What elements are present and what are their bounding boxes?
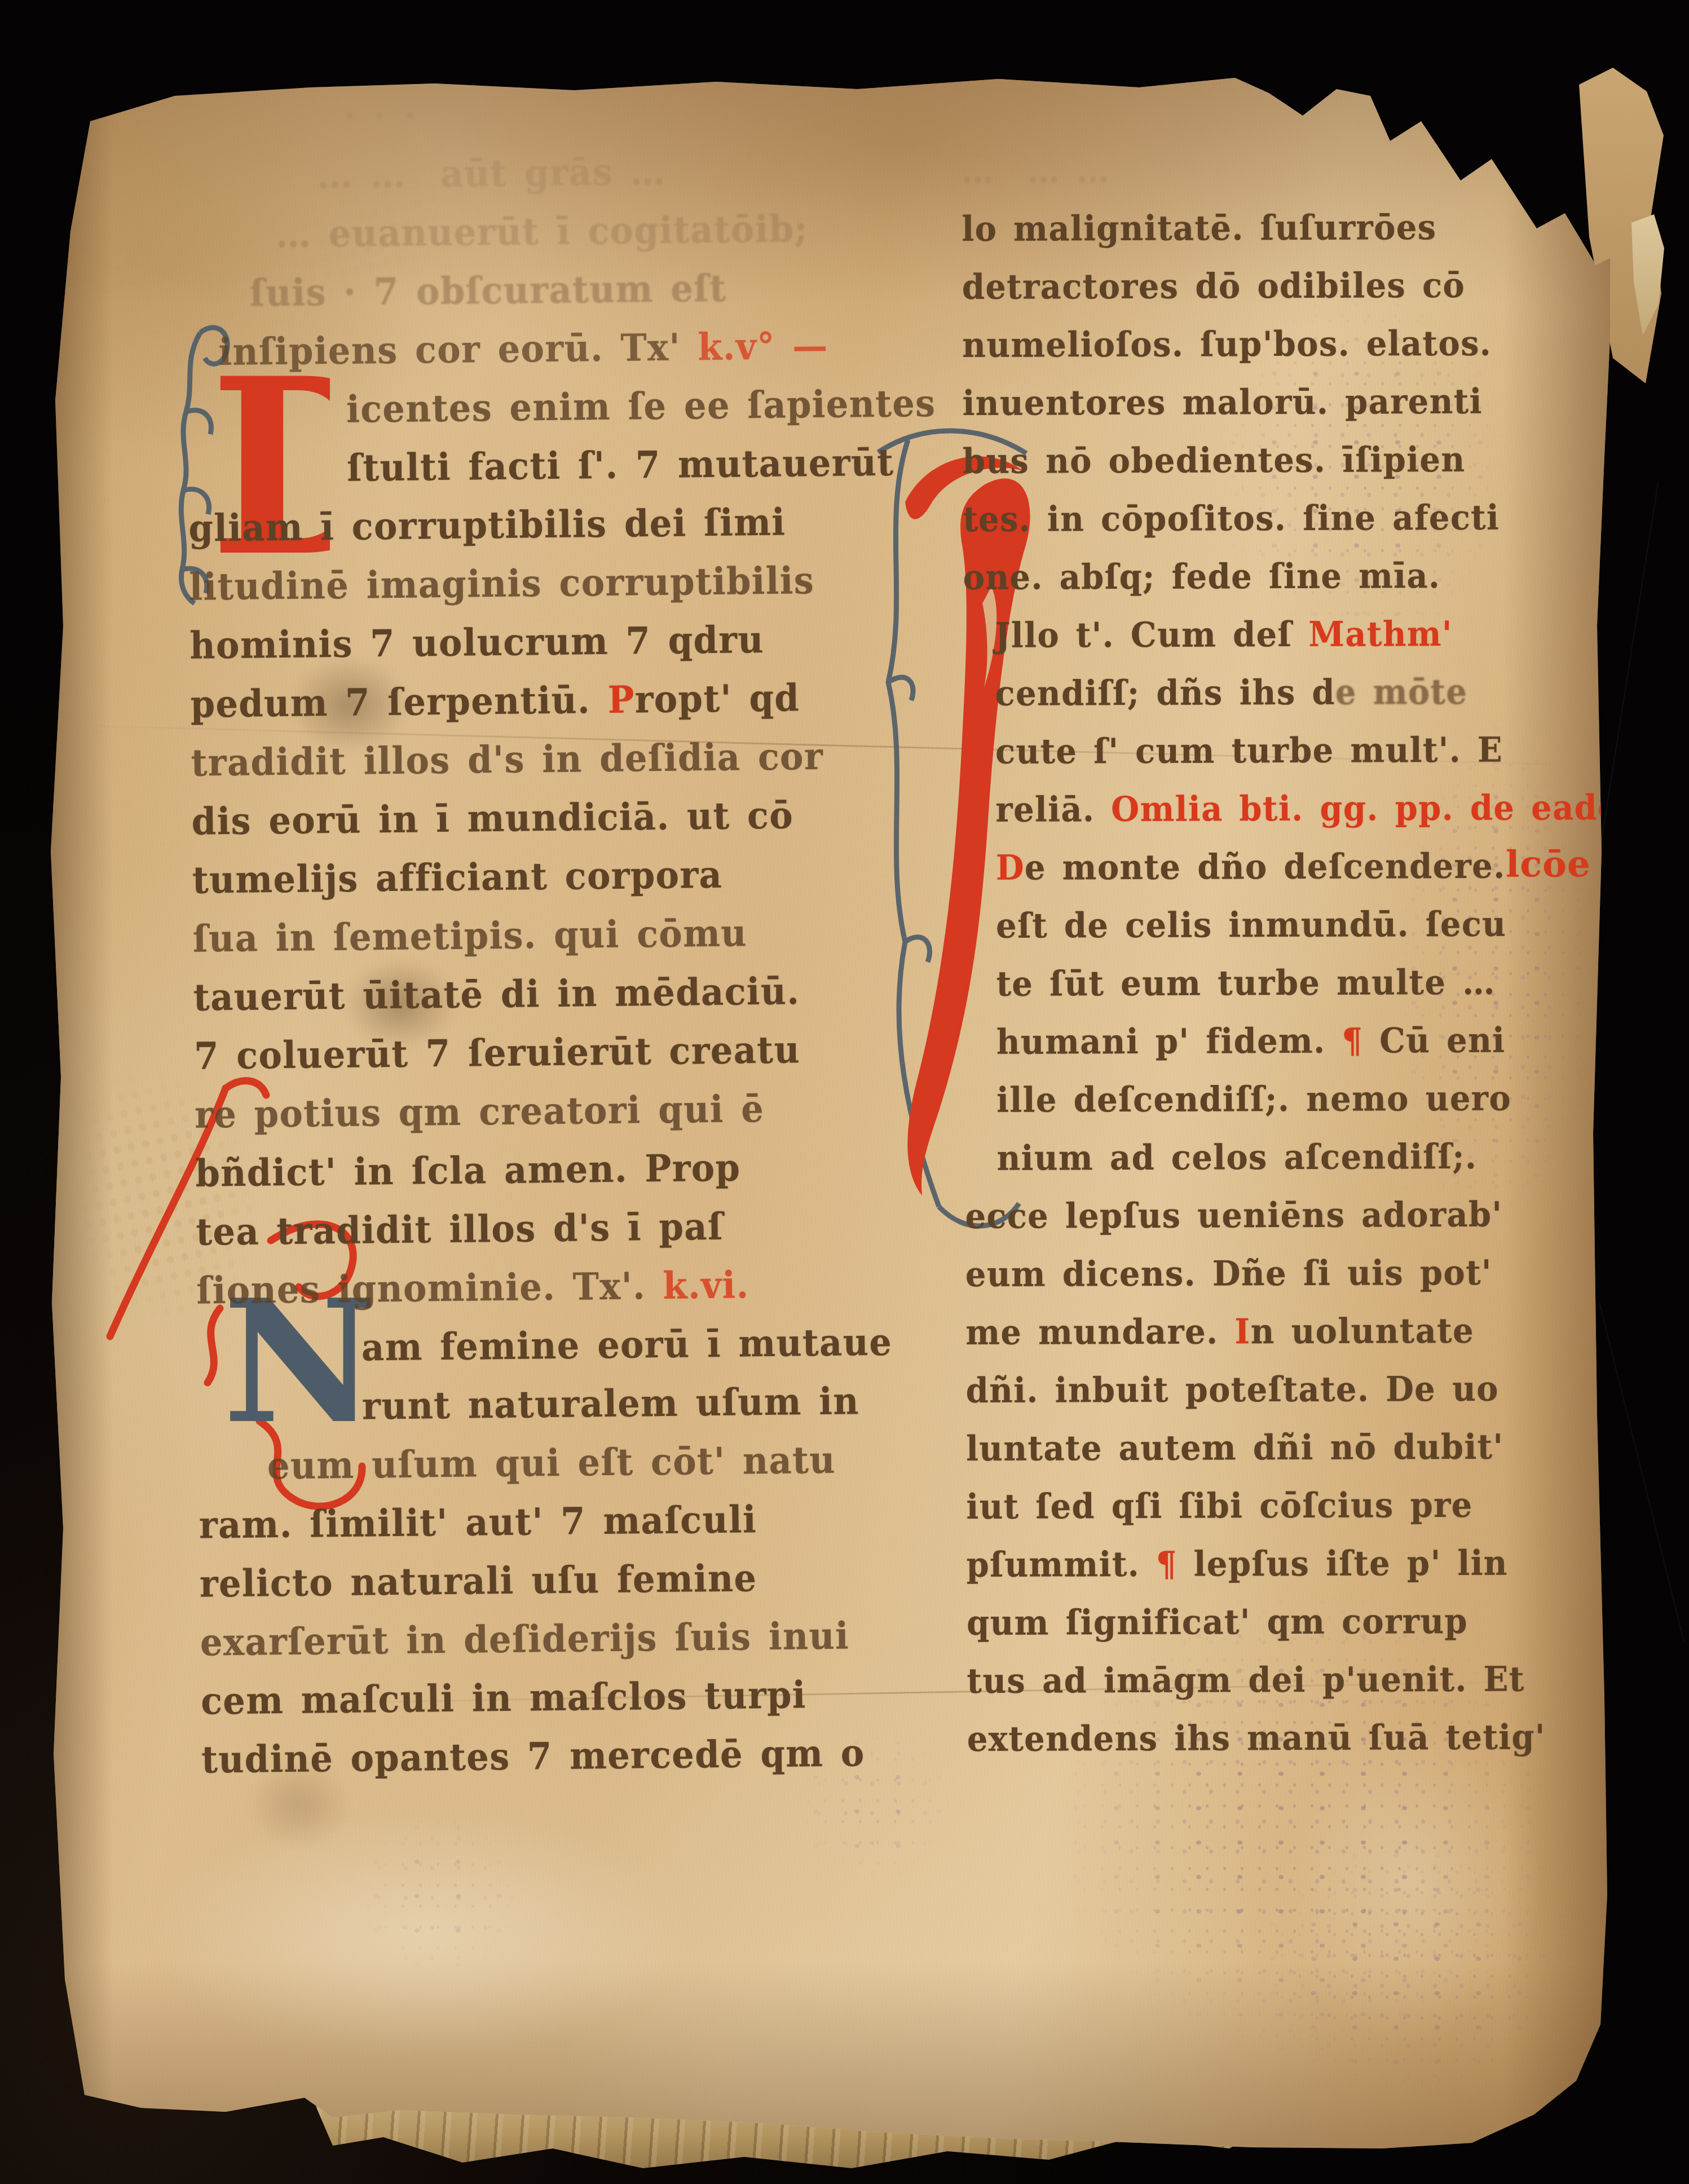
body-text: pſummit. <box>967 1545 1156 1585</box>
text-line: extendens ihs manū ſuā tetig' <box>967 1708 1572 1768</box>
text-line: bus nō obedientes. īſipien <box>963 430 1567 491</box>
text-line: litudinē imaginis corruptibilis <box>189 550 863 616</box>
rubric-text: k.v° — <box>698 324 828 369</box>
rubric-text: Mathm' <box>1308 614 1453 655</box>
body-text: exarſerūt in deſiderijs ſuis inui <box>200 1614 850 1665</box>
manuscript-photo: D N <box>0 0 1689 2184</box>
text-line: qum ſignificat' qm corrup <box>967 1592 1571 1652</box>
body-text: E <box>1478 730 1503 770</box>
body-text: inſipiens cor eorū. Tx' <box>218 325 698 374</box>
body-text: luntate autem dñi nō dubit' <box>966 1427 1504 1469</box>
text-line: pſummit. ¶ lepſus iſte p' lin <box>967 1534 1571 1594</box>
body-text: ſuis · 7 obſcuratum eſt <box>249 266 726 315</box>
text-line: … … aūt grās … <box>184 140 858 205</box>
text-line: luntate autem dñi nō dubit' <box>966 1418 1571 1478</box>
text-line: lo malignitatē. ſuſurrōes <box>962 198 1566 258</box>
text-line: · · · <box>184 81 858 147</box>
text-line: te ſūt eum turbe multe … <box>964 953 1569 1013</box>
text-line: icentes enim ſe ee ſapientes <box>187 374 861 440</box>
text-line: tus ad imāgm dei p'uenit. Et <box>967 1650 1571 1710</box>
text-line: iut ſed qſi ſibi cōſcius pre <box>966 1476 1571 1536</box>
body-text: eum dicens. Dñe ſi uis pot' <box>965 1253 1492 1295</box>
body-text: · · · <box>343 93 417 138</box>
text-column-left: · · ·… … aūt grās …… euanuerūt ī cogitat… <box>184 81 918 1789</box>
rubric-text: ¶ <box>1342 1021 1363 1061</box>
text-line: cute ſ' cum turbe mult'. E <box>964 721 1568 781</box>
body-text: ſiones ignominie. Tx'. <box>196 1264 663 1313</box>
text-line: bñdict' in ſcla amen. Prop <box>195 1137 869 1202</box>
body-text: one. abſq; fede ſine mīa. <box>963 556 1441 598</box>
body-text: ropt' qd <box>634 676 800 721</box>
body-text: reliā. <box>995 789 1111 830</box>
body-text: numelioſos. ſup'bos. elatos. <box>962 324 1492 365</box>
body-text: pedum 7 ſerpentiū. <box>190 678 608 726</box>
rubric-text: ¶ <box>1156 1545 1178 1585</box>
text-line: dñi. inbuit poteſtate. De uo <box>966 1360 1571 1420</box>
text-line: am femine eorū ī mutaue <box>197 1313 871 1378</box>
body-text: ram. ſimilit' aut' 7 maſculi <box>199 1497 757 1547</box>
body-text: extendens ihs manū ſuā tetig' <box>967 1717 1546 1759</box>
text-line: cem maſculi in maſclos turpi <box>201 1665 875 1730</box>
text-line: … euanuerūt ī cogitatōib; <box>185 198 859 264</box>
body-text: bus nō obedientes. īſipien <box>963 440 1466 482</box>
body-text: humani p' fidem. <box>996 1021 1342 1062</box>
text-line: inſipiens cor eorū. Tx' k.v° — <box>187 316 861 381</box>
text-column-right: … ­ … …lo malignitatē. ſuſurrōesdetracto… <box>962 140 1610 1768</box>
text-line: exarſerūt in deſiderijs ſuis inui <box>200 1606 874 1671</box>
text-line: ecce lepſus ueniēns adorab' <box>965 1185 1569 1246</box>
body-text: e mōte <box>1335 672 1468 713</box>
text-line: nium ad celos aſcendiſſ;. <box>965 1127 1569 1188</box>
body-text: re potius qm creatori qui ē <box>195 1087 765 1137</box>
body-text: inuentores malorū. parenti <box>962 382 1483 423</box>
body-text: cute ſ' cum turbe mult'. <box>995 730 1478 772</box>
text-line: pedum 7 ſerpentiū. Propt' qd <box>190 668 864 733</box>
body-text: … … aūt grās … <box>317 149 666 197</box>
text-line: cendiſſ; dñs ihs de mōte <box>963 663 1568 723</box>
body-text: tea tradidit illos d's ī paſ <box>196 1204 724 1254</box>
text-line: numelioſos. ſup'bos. elatos. <box>962 314 1567 374</box>
text-line: ille deſcendiſſ;. nemo uero <box>965 1069 1569 1129</box>
body-text: icentes enim ſe ee ſapientes <box>346 381 936 431</box>
text-line: ſuis · 7 obſcuratum eſt <box>186 257 860 323</box>
body-text: bñdict' in ſcla amen. Prop <box>195 1146 741 1195</box>
body-text: … euanuerūt ī cogitatōib; <box>275 206 808 256</box>
body-text: am femine eorū ī mutaue <box>361 1320 893 1370</box>
text-line: hominis 7 uolucrum 7 qdru <box>189 609 863 674</box>
body-text: qum ſignificat' qm corrup <box>967 1601 1468 1643</box>
text-line: me mundare. In uoluntate <box>965 1301 1570 1362</box>
text-line: De monte dño deſcendere. <box>964 837 1568 897</box>
body-text: gliam ī corruptibilis dei ſimi <box>188 500 786 550</box>
body-text: eum uſum qui eſt cōt' natu <box>267 1438 836 1488</box>
text-line: re potius qm creatori qui ē <box>195 1078 868 1144</box>
rubric-overflow-word: lcōe <box>1506 843 1591 885</box>
body-text: tes. in cōpoſitos. ſine afecti <box>963 498 1500 540</box>
text-line: gliam ī corruptibilis dei ſimi <box>188 492 862 557</box>
text-line: tumelijs afficiant corpora <box>192 844 866 909</box>
rubric-text: k.vi. <box>663 1263 749 1308</box>
text-line: inuentores malorū. parenti <box>962 372 1567 433</box>
text-line: eum uſum qui eſt cōt' natu <box>198 1430 872 1495</box>
body-text: tauerūt ūitatē di in mēdaciū. <box>193 969 800 1019</box>
body-text: dñi. inbuit poteſtate. De uo <box>966 1369 1499 1411</box>
body-text: lepſus iſte p' lin <box>1178 1543 1508 1585</box>
body-text: hominis 7 uolucrum 7 qdru <box>189 617 764 668</box>
body-text: ille deſcendiſſ;. nemo uero <box>996 1079 1511 1120</box>
text-line: one. abſq; fede ſine mīa. <box>963 546 1567 607</box>
body-text: dis eorū in ī mundiciā. ut cō <box>191 793 793 843</box>
body-text: tradidit illos d's in deſidia cor <box>191 734 823 785</box>
body-text: tumelijs afficiant corpora <box>192 853 723 902</box>
text-line: eum dicens. Dñe ſi uis pot' <box>965 1243 1570 1304</box>
body-text: Cū eni <box>1363 1021 1505 1061</box>
body-text: iut ſed qſi ſibi cōſcius pre <box>966 1485 1472 1527</box>
body-text: Jllo t'. Cum deſ <box>995 615 1308 656</box>
text-line: tradidit illos d's in deſidia cor <box>191 726 865 792</box>
rubric-text: I <box>1234 1312 1250 1352</box>
body-text: n uoluntate <box>1250 1311 1474 1352</box>
body-text: tudinē opantes 7 mercedē qm o <box>201 1731 865 1781</box>
parchment-leaf: D N <box>39 62 1610 2148</box>
text-line: 7 coluerūt 7 ſeruierūt creatu <box>194 1020 868 1085</box>
body-text: te ſūt eum turbe multe … <box>996 963 1496 1004</box>
text-line: Jllo t'. Cum deſ Mathm' <box>963 605 1568 665</box>
text-line: ſtulti facti ſ'. 7 mutauerūt <box>188 433 862 498</box>
text-line: reliā. Omlia bti. gg. pp. de eadē <box>964 779 1568 839</box>
rubric-text: D <box>996 848 1025 888</box>
body-text: ecce lepſus ueniēns adorab' <box>965 1195 1502 1237</box>
text-line: humani p' fidem. ¶ Cū eni <box>964 1011 1569 1071</box>
body-text: e monte dño deſcendere. <box>1025 846 1506 888</box>
text-line: ſiones ignominie. Tx'. k.vi. <box>196 1254 870 1320</box>
text-line: … ­ … … <box>962 140 1566 200</box>
text-line: relicto naturali uſu femine <box>199 1547 873 1613</box>
body-text: runt naturalem uſum in <box>362 1379 860 1428</box>
body-text: ſua in ſemetipis. qui cōmu <box>193 911 748 960</box>
text-line: ram. ſimilit' aut' 7 maſculi <box>199 1489 872 1554</box>
text-line: tes. in cōpoſitos. ſine afecti <box>963 488 1567 549</box>
body-text: cendiſſ; dñs ihs d <box>995 673 1335 714</box>
body-text: cem maſculi in maſclos turpi <box>201 1673 806 1723</box>
body-text: ſtulti facti ſ'. 7 mutauerūt <box>347 440 894 490</box>
body-text: tus ad imāgm dei p'uenit. Et <box>967 1660 1525 1701</box>
text-line: detractores dō odibiles cō <box>962 256 1567 316</box>
text-line: tea tradidit illos d's ī paſ <box>196 1195 870 1261</box>
body-text: nium ad celos aſcendiſſ;. <box>997 1137 1478 1179</box>
body-text: litudinē imaginis corruptibilis <box>189 558 814 609</box>
text-line: tudinē opantes 7 mercedē qm o <box>201 1723 875 1789</box>
body-text: me mundare. <box>965 1312 1234 1353</box>
body-text: detractores dō odibiles cō <box>962 266 1465 307</box>
body-text: … ­ … … <box>962 151 1110 191</box>
text-line: runt naturalem uſum in <box>197 1371 871 1437</box>
body-text: eſt de celis inmundū. ſecu <box>996 905 1506 946</box>
rubric-text: Omlia bti. gg. pp. de eadē <box>1111 788 1619 830</box>
text-line: dis eorū in ī mundiciā. ut cō <box>191 785 865 850</box>
text-line: eſt de celis inmundū. ſecu <box>964 895 1569 955</box>
text-line: ſua in ſemetipis. qui cōmu <box>192 902 866 968</box>
body-text: 7 coluerūt 7 ſeruierūt creatu <box>194 1027 801 1078</box>
background-scratch <box>1599 1302 1684 1642</box>
body-text: lo malignitatē. ſuſurrōes <box>962 208 1436 249</box>
body-text: relicto naturali uſu femine <box>200 1556 757 1605</box>
rubric-text: P <box>607 677 635 721</box>
text-line: tauerūt ūitatē di in mēdaciū. <box>193 961 867 1026</box>
